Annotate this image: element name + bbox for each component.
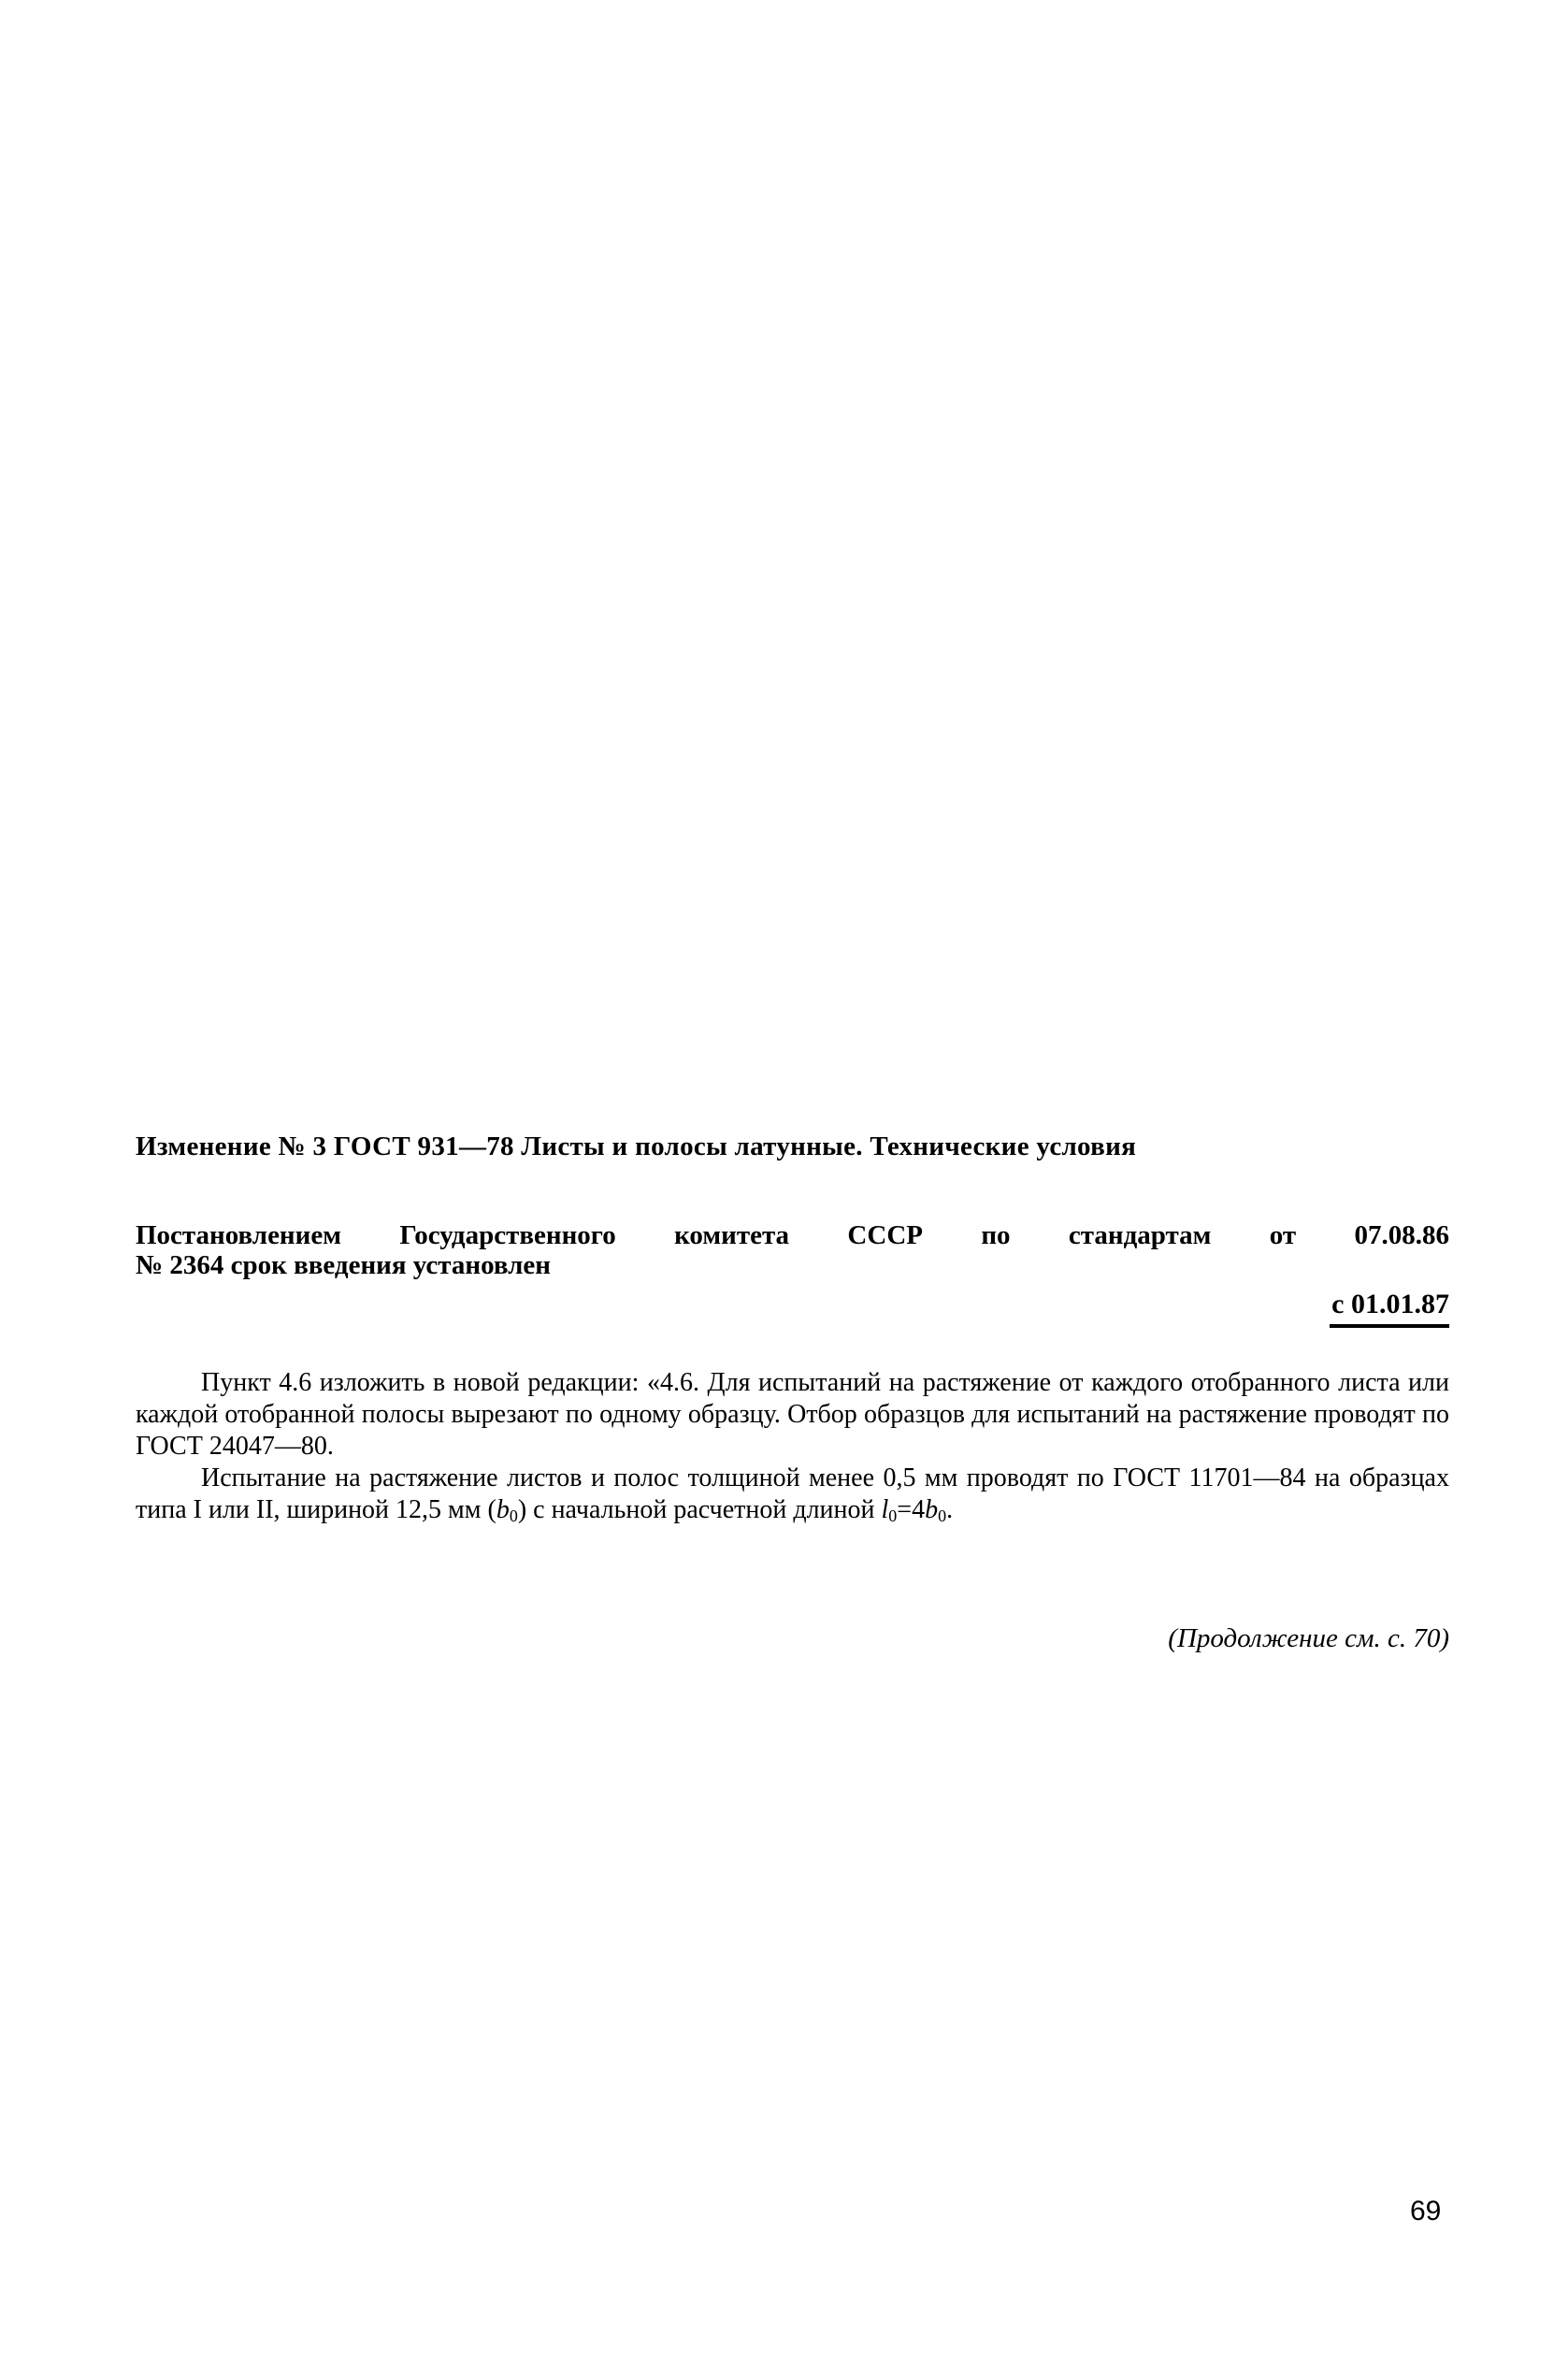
effective-date: с 01.01.87	[1330, 1289, 1449, 1328]
subscript-0: 0	[510, 1506, 518, 1525]
paragraph-2-text-middle: ) с начальной расчетной длиной	[518, 1495, 882, 1524]
document-page: Изменение № 3 ГОСТ 931—78 Листы и полосы…	[0, 0, 1568, 2364]
symbol-b-2: b	[925, 1495, 938, 1524]
amendment-body: Пункт 4.6 изложить в новой редакции: «4.…	[136, 1367, 1449, 1526]
decree-line-2: № 2364 срок введения установлен	[136, 1250, 1449, 1280]
symbol-b: b	[496, 1495, 510, 1524]
continuation-note: (Продолжение см. с. 70)	[1168, 1622, 1449, 1654]
formula-equals: =4	[897, 1495, 925, 1524]
subscript-0-l: 0	[888, 1506, 897, 1525]
decree-line-1: Постановлением Государственного комитета…	[136, 1220, 1449, 1250]
page-number: 69	[1410, 2196, 1441, 2227]
paragraph-1: Пункт 4.6 изложить в новой редакции: «4.…	[136, 1367, 1449, 1463]
subscript-0-b2: 0	[938, 1506, 946, 1525]
decree-statement: Постановлением Государственного комитета…	[136, 1220, 1449, 1280]
paragraph-2-text-end: .	[946, 1495, 953, 1524]
amendment-heading: Изменение № 3 ГОСТ 931—78 Листы и полосы…	[136, 1132, 1449, 1161]
paragraph-2: Испытание на растяжение листов и полос т…	[136, 1463, 1449, 1526]
